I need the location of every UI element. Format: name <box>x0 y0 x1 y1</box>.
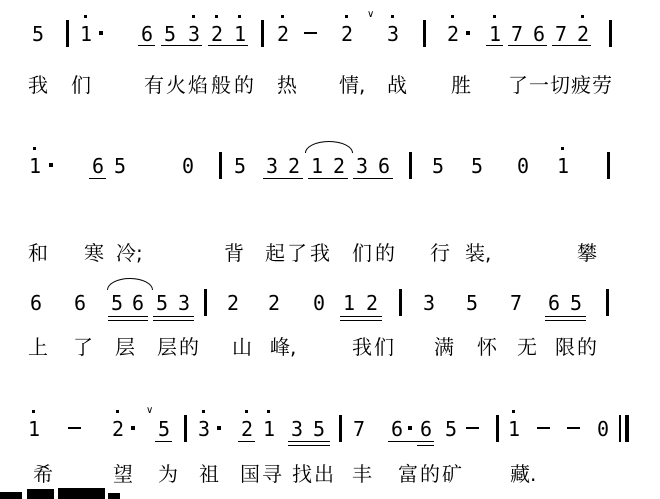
note-digit: 1 <box>557 155 569 177</box>
lyric-syllable: 装, <box>465 242 491 264</box>
lyric-syllable: 行 <box>430 242 450 264</box>
beam-underline <box>138 45 155 46</box>
lyric-syllable: 寻 <box>262 463 282 485</box>
lyric-syllable: 层 <box>115 336 135 358</box>
note-digit: 1 <box>343 292 355 314</box>
lyric-syllable: 疲 <box>571 74 591 96</box>
breath-mark: ∨ <box>146 406 153 416</box>
note-digit: 6 <box>391 418 403 440</box>
note-digit: 1 <box>234 23 246 45</box>
octave-dot <box>215 15 218 18</box>
beam-underline <box>308 178 348 179</box>
lyric-syllable: 战 <box>387 74 407 96</box>
note-digit: 6 <box>30 292 42 314</box>
duration-dash <box>537 427 550 429</box>
octave-dot <box>512 410 515 413</box>
beam-underline <box>545 316 586 317</box>
augmentation-dot <box>99 31 103 35</box>
note-digit: 1 <box>508 418 520 440</box>
lyric-syllable: 的 <box>375 242 395 264</box>
note-digit: 6 <box>533 23 545 45</box>
note-digit: 7 <box>511 23 523 45</box>
note-digit: 5 <box>158 418 170 440</box>
augmentation-dot <box>49 163 53 167</box>
note-digit: 6 <box>132 292 144 314</box>
octave-dot <box>202 410 205 413</box>
note-digit: 5 <box>445 418 457 440</box>
lyric-syllable: 上 <box>28 336 48 358</box>
beam-underline-2 <box>108 320 148 321</box>
note-digit: 0 <box>182 155 194 177</box>
octave-dot <box>192 15 195 18</box>
beam-underline <box>238 441 255 442</box>
note-digit: 5 <box>156 292 168 314</box>
lyric-syllable: 一 <box>529 74 549 96</box>
octave-dot <box>238 15 241 18</box>
octave-dot <box>451 15 454 18</box>
octave-dot <box>281 15 284 18</box>
note-digit: 2 <box>288 155 300 177</box>
note-digit: 3 <box>178 292 190 314</box>
tie-arc <box>305 141 353 153</box>
lyric-syllable: 希 <box>33 463 53 485</box>
lyric-syllable: 劳 <box>592 74 612 96</box>
lyric-syllable: 切 <box>550 74 570 96</box>
lyric-syllable: 为 <box>158 463 178 485</box>
beam-underline <box>161 45 202 46</box>
barline <box>339 415 342 442</box>
note-digit: 1 <box>489 23 501 45</box>
note-digit: 2 <box>366 292 378 314</box>
barline <box>409 152 412 179</box>
lyric-syllable: 我 <box>28 74 48 96</box>
note-digit: 6 <box>378 155 390 177</box>
beam-underline <box>508 45 547 46</box>
note-digit: 6 <box>92 155 104 177</box>
barline <box>261 20 264 47</box>
lyric-syllable: 峰, <box>270 336 296 358</box>
note-digit: 1 <box>28 418 40 440</box>
octave-dot <box>561 147 564 150</box>
augmentation-dot <box>217 426 221 430</box>
barline <box>607 152 610 179</box>
lyric-syllable: 祖 <box>199 463 219 485</box>
beam-underline-2 <box>417 445 434 446</box>
lyric-syllable: 无 <box>517 336 537 358</box>
note-digit: 2 <box>227 292 239 314</box>
note-digit: 6 <box>141 23 153 45</box>
octave-dot <box>32 410 35 413</box>
octave-dot <box>391 15 394 18</box>
beam-underline <box>552 45 591 46</box>
note-digit: 2 <box>341 23 353 45</box>
lyric-syllable: 背 <box>224 242 244 264</box>
augmentation-dot <box>408 426 412 430</box>
lyric-syllable: 寒 <box>84 242 104 264</box>
octave-dot <box>493 15 496 18</box>
barline <box>66 20 69 47</box>
note-digit: 3 <box>266 155 278 177</box>
lyric-syllable: 了 <box>287 242 307 264</box>
octave-dot <box>345 15 348 18</box>
lyric-syllable: 满 <box>434 336 454 358</box>
sheet-music-page: 5165321223217672∨我们有火焰般的热情,战胜了一切疲劳165053… <box>0 0 660 499</box>
beam-underline-2 <box>153 320 194 321</box>
note-digit: 5 <box>234 155 246 177</box>
beam-underline <box>208 45 248 46</box>
barline <box>184 415 187 442</box>
note-digit: 6 <box>74 292 86 314</box>
note-digit: 3 <box>291 418 303 440</box>
note-digit: 5 <box>111 292 123 314</box>
barline <box>496 415 499 442</box>
note-digit: 1 <box>263 418 275 440</box>
lyric-syllable: 我 <box>310 242 330 264</box>
lyric-syllable: 望 <box>113 463 133 485</box>
beam-underline-2 <box>288 445 330 446</box>
beam-underline <box>340 316 382 317</box>
barline <box>609 20 612 47</box>
lyric-syllable: 层 <box>157 336 177 358</box>
lyric-syllable: 冷; <box>116 242 143 264</box>
note-digit: 1 <box>311 155 323 177</box>
lyric-syllable: 找 <box>292 463 312 485</box>
lyric-syllable: 般 <box>211 74 231 96</box>
final-double-barline <box>619 415 629 442</box>
lyric-syllable: 怀 <box>477 336 497 358</box>
lyric-syllable: 限 <box>555 336 575 358</box>
beam-underline <box>288 441 330 442</box>
beam-underline <box>155 441 172 442</box>
lyric-syllable: 胜 <box>451 74 471 96</box>
note-digit: 7 <box>510 292 522 314</box>
beam-underline-2 <box>545 320 586 321</box>
duration-dash <box>567 427 580 429</box>
duration-dash <box>68 427 81 429</box>
lyric-syllable: 和 <box>28 242 48 264</box>
note-digit: 5 <box>570 292 582 314</box>
lyric-syllable: 了 <box>508 74 528 96</box>
augmentation-dot <box>131 426 135 430</box>
duration-dash <box>304 32 317 34</box>
lyric-syllable: 矿 <box>442 463 462 485</box>
note-digit: 2 <box>277 23 289 45</box>
cut-off-text-fragment <box>58 488 105 499</box>
note-digit: 7 <box>353 418 365 440</box>
note-digit: 1 <box>29 155 41 177</box>
lyric-syllable: 们 <box>374 336 394 358</box>
lyric-syllable: 了 <box>73 336 93 358</box>
note-digit: 3 <box>356 155 368 177</box>
note-digit: 3 <box>423 292 435 314</box>
lyric-syllable: 攀 <box>577 242 597 264</box>
note-digit: 3 <box>188 23 200 45</box>
lyric-syllable: 山 <box>232 336 252 358</box>
note-digit: 2 <box>333 155 345 177</box>
octave-dot <box>116 410 119 413</box>
barline <box>399 289 402 316</box>
note-digit: 1 <box>80 23 92 45</box>
note-digit: 5 <box>32 23 44 45</box>
lyric-syllable: 国 <box>240 463 260 485</box>
duration-dash <box>466 427 479 429</box>
cut-off-text-fragment <box>108 493 120 499</box>
note-digit: 0 <box>313 292 325 314</box>
lyric-syllable: 富 <box>398 463 418 485</box>
note-digit: 2 <box>211 23 223 45</box>
octave-dot <box>33 147 36 150</box>
note-digit: 5 <box>432 155 444 177</box>
note-digit: 2 <box>241 418 253 440</box>
augmentation-dot <box>466 31 470 35</box>
lyric-syllable: 起 <box>265 242 285 264</box>
lyric-syllable: 的 <box>234 74 254 96</box>
lyric-syllable: 丰 <box>352 463 372 485</box>
beam-underline <box>108 316 148 317</box>
octave-dot <box>267 410 270 413</box>
beam-underline <box>153 316 194 317</box>
note-digit: 2 <box>268 292 280 314</box>
lyric-syllable: 火 <box>166 74 186 96</box>
beam-underline <box>353 178 393 179</box>
beam-underline <box>89 178 106 179</box>
lyric-syllable: 的 <box>577 336 597 358</box>
lyric-syllable: 们 <box>352 242 372 264</box>
octave-dot <box>245 410 248 413</box>
lyric-syllable: 们 <box>71 74 91 96</box>
note-digit: 3 <box>198 418 210 440</box>
tie-arc <box>107 278 153 290</box>
cut-off-text-fragment <box>0 492 22 499</box>
octave-dot <box>84 15 87 18</box>
note-digit: 2 <box>112 418 124 440</box>
lyric-syllable: 情, <box>339 74 365 96</box>
lyric-syllable: 出 <box>314 463 334 485</box>
beam-underline <box>263 178 303 179</box>
beam-underline <box>486 45 503 46</box>
note-digit: 5 <box>313 418 325 440</box>
note-digit: 0 <box>597 418 609 440</box>
note-digit: 5 <box>466 292 478 314</box>
note-digit: 5 <box>114 155 126 177</box>
note-digit: 7 <box>555 23 567 45</box>
cut-off-text-fragment <box>27 489 54 499</box>
barline <box>219 152 222 179</box>
note-digit: 6 <box>548 292 560 314</box>
note-digit: 5 <box>471 155 483 177</box>
octave-dot <box>581 15 584 18</box>
beam-underline <box>388 441 434 442</box>
lyric-syllable: 的 <box>179 336 199 358</box>
barline <box>606 289 609 316</box>
barline <box>204 289 207 316</box>
lyric-syllable: 焰 <box>188 74 208 96</box>
note-digit: 3 <box>387 23 399 45</box>
lyric-syllable: 我 <box>352 336 372 358</box>
lyric-syllable: 热 <box>277 74 297 96</box>
lyric-syllable: 藏. <box>510 463 536 485</box>
lyric-syllable: 有 <box>144 74 164 96</box>
note-digit: 2 <box>447 23 459 45</box>
note-digit: 6 <box>420 418 432 440</box>
note-digit: 2 <box>577 23 589 45</box>
note-digit: 0 <box>517 155 529 177</box>
barline <box>423 20 426 47</box>
breath-mark: ∨ <box>367 10 374 20</box>
note-digit: 5 <box>164 23 176 45</box>
beam-underline-2 <box>340 320 382 321</box>
lyric-syllable: 的 <box>420 463 440 485</box>
